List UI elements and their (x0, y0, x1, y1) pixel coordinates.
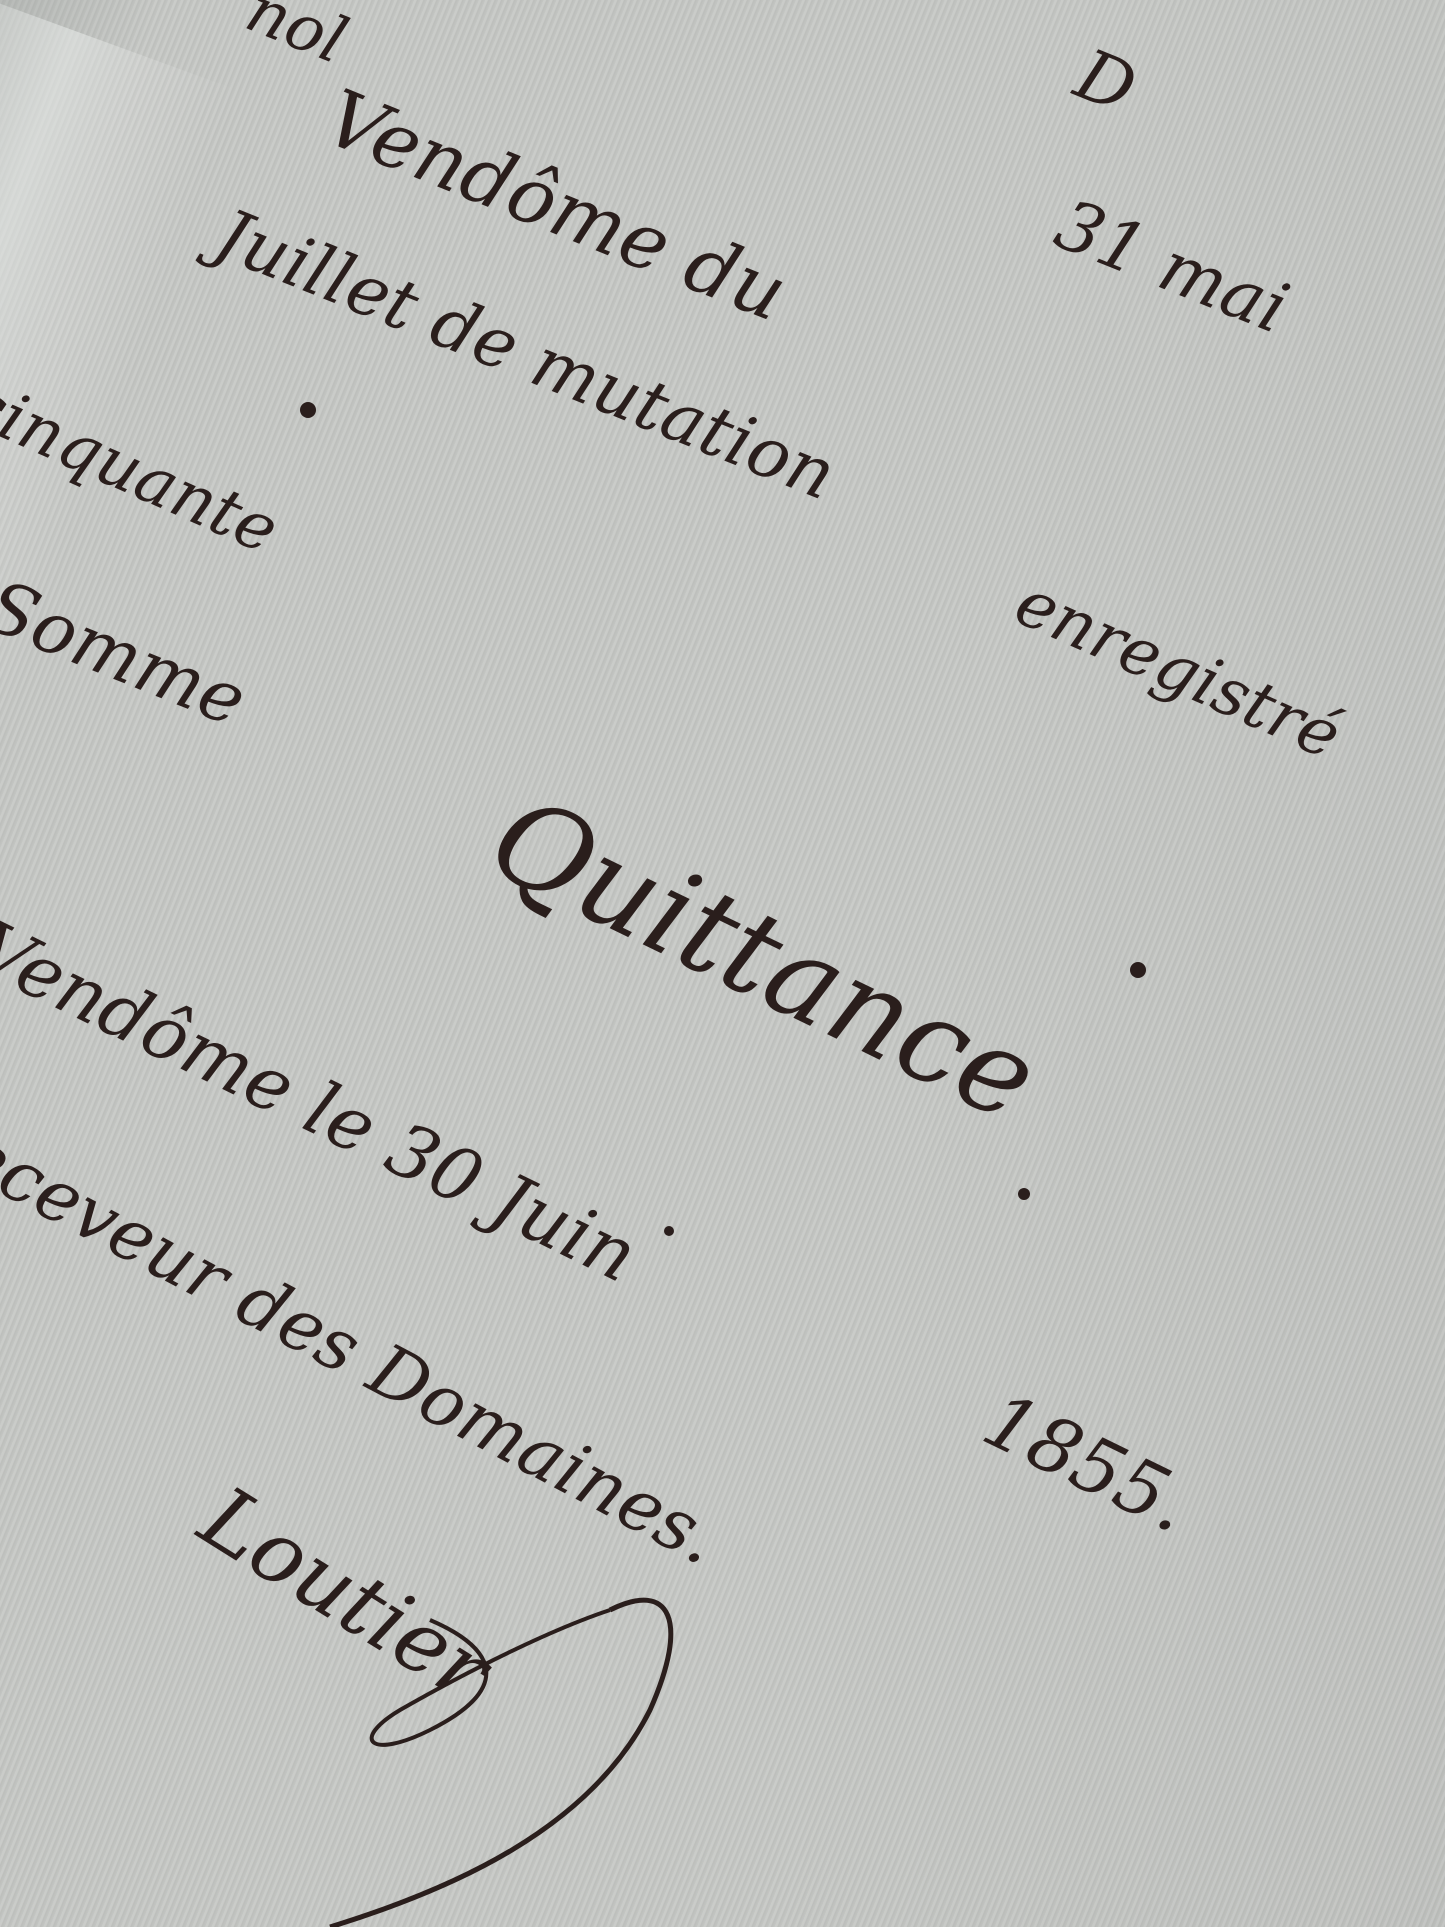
ink-dot (1130, 962, 1146, 978)
ink-dot (664, 1226, 674, 1236)
ink-dot (1018, 1188, 1030, 1200)
signature-flourish-icon (250, 1590, 850, 1927)
ink-dot (300, 402, 316, 418)
